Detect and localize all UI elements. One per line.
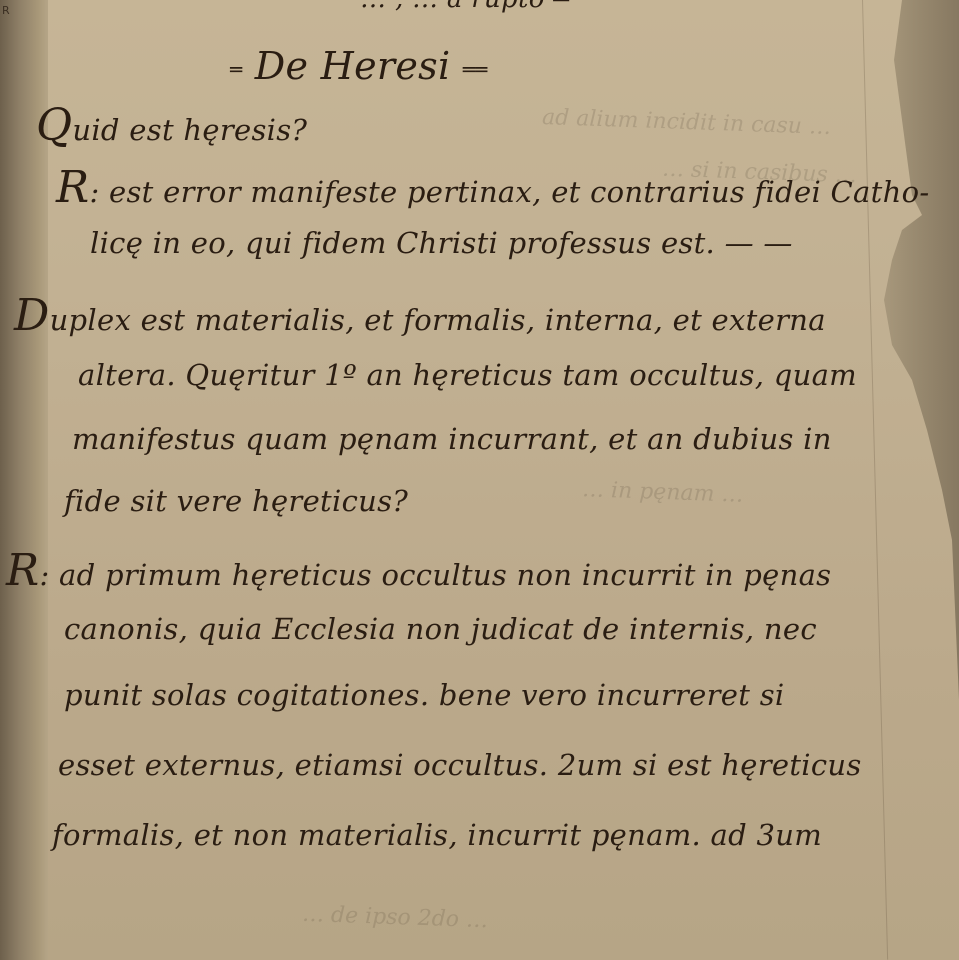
line-initial: D	[14, 290, 50, 341]
line-text: fide sit vere hęreticus?	[64, 484, 408, 518]
manuscript-line-11: esset externus, etiamsi occultus. 2um si…	[58, 748, 862, 782]
line-text: licę in eo, qui fidem Christi professus …	[90, 226, 793, 260]
title-right-ornament: ══	[463, 58, 488, 82]
manuscript-line-7: fide sit vere hęreticus?	[64, 484, 408, 518]
manuscript-line-9: canonis, quia Ecclesia non judicat de in…	[64, 612, 817, 646]
margin-rule	[862, 0, 888, 960]
line-initial: Q	[36, 100, 72, 151]
title-text: De Heresi	[255, 44, 451, 88]
manuscript-line-6: manifestus quam pęnam incurrant, et an d…	[72, 422, 832, 456]
title-left-ornament: ═	[230, 58, 242, 82]
line-text: uplex est materialis, et formalis, inter…	[50, 303, 826, 337]
line-text: esset externus, etiamsi occultus. 2um si…	[58, 748, 862, 782]
line-text: punit solas cogitationes. bene vero incu…	[64, 678, 784, 712]
line-initial: R	[6, 545, 39, 596]
manuscript-line-5: altera. Quęritur 1º an hęreticus tam occ…	[78, 358, 857, 392]
line-initial: R	[56, 162, 89, 213]
manuscript-line-3: licę in eo, qui fidem Christi professus …	[90, 226, 793, 260]
manuscript-line-2: R: est error manifeste pertinax, et cont…	[56, 162, 929, 213]
line-text: uid est hęresis?	[72, 113, 307, 147]
manuscript-line-12: formalis, et non materialis, incurrit pę…	[52, 818, 822, 852]
line-text: manifestus quam pęnam incurrant, et an d…	[72, 422, 832, 456]
page-title: ═ De Heresi ══	[230, 44, 487, 88]
line-text: canonis, quia Ecclesia non judicat de in…	[64, 612, 817, 646]
bleed-through-text: … in pęnam …	[582, 477, 744, 508]
gutter-mark: R	[2, 4, 10, 17]
top-partial-line: … ‚ … a rupto ═	[360, 0, 569, 14]
line-text: : ad primum hęreticus occultus non incur…	[39, 558, 831, 592]
manuscript-line-8: R: ad primum hęreticus occultus non incu…	[6, 545, 831, 596]
manuscript-line-4: Duplex est materialis, et formalis, inte…	[14, 290, 826, 341]
line-text: altera. Quęritur 1º an hęreticus tam occ…	[78, 358, 857, 392]
line-text: : est error manifeste pertinax, et contr…	[89, 175, 929, 209]
line-text: formalis, et non materialis, incurrit pę…	[52, 818, 822, 852]
bleed-through-text: … de ipso 2do …	[302, 902, 489, 933]
manuscript-line-1: Quid est hęresis?	[36, 100, 307, 151]
bleed-through-text: ad alium incidit in casu …	[542, 105, 832, 140]
manuscript-line-10: punit solas cogitationes. bene vero incu…	[64, 678, 784, 712]
